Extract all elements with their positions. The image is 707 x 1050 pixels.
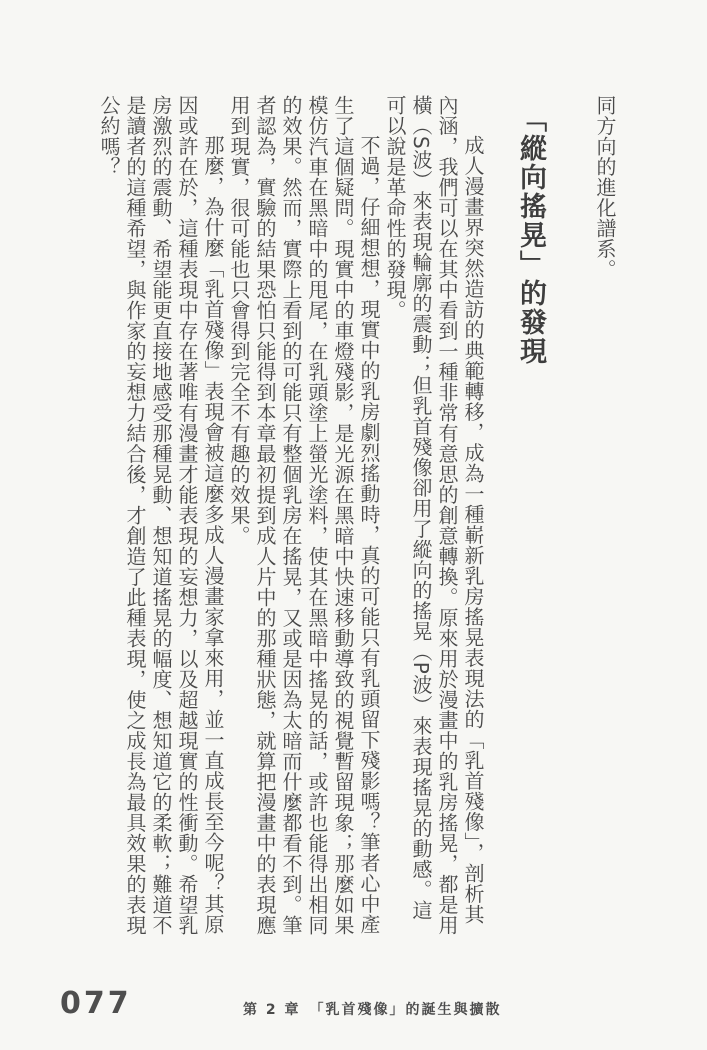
book-page: 同方向的進化譜系。 「縱向搖晃」的發現 成人漫畫界突然造訪的典範轉移，成為一種嶄… [0, 0, 707, 1050]
page-number: 077 [60, 986, 132, 1021]
section-heading: 「縱向搖晃」的發現 [512, 95, 548, 937]
paragraph: 那麼，為什麼「乳首殘像」表現會被這麼多成人漫畫家拿來用，並一直成長至今呢？其原因… [96, 95, 226, 937]
paragraph: 不過，仔細想想，現實中的乳房劇烈搖動時，真的可能只有乳頭留下殘影嗎？筆者心中產生… [226, 95, 382, 937]
paragraph-continuation: 同方向的進化譜系。 [592, 95, 618, 937]
paragraph: 成人漫畫界突然造訪的典範轉移，成為一種嶄新乳房搖晃表現法的「乳首殘像」，剖析其內… [382, 95, 486, 937]
chapter-footer: 第 2 章 「乳首殘像」的誕生與擴散 [243, 999, 502, 1019]
vertical-text-block: 同方向的進化譜系。 「縱向搖晃」的發現 成人漫畫界突然造訪的典範轉移，成為一種嶄… [96, 95, 618, 937]
